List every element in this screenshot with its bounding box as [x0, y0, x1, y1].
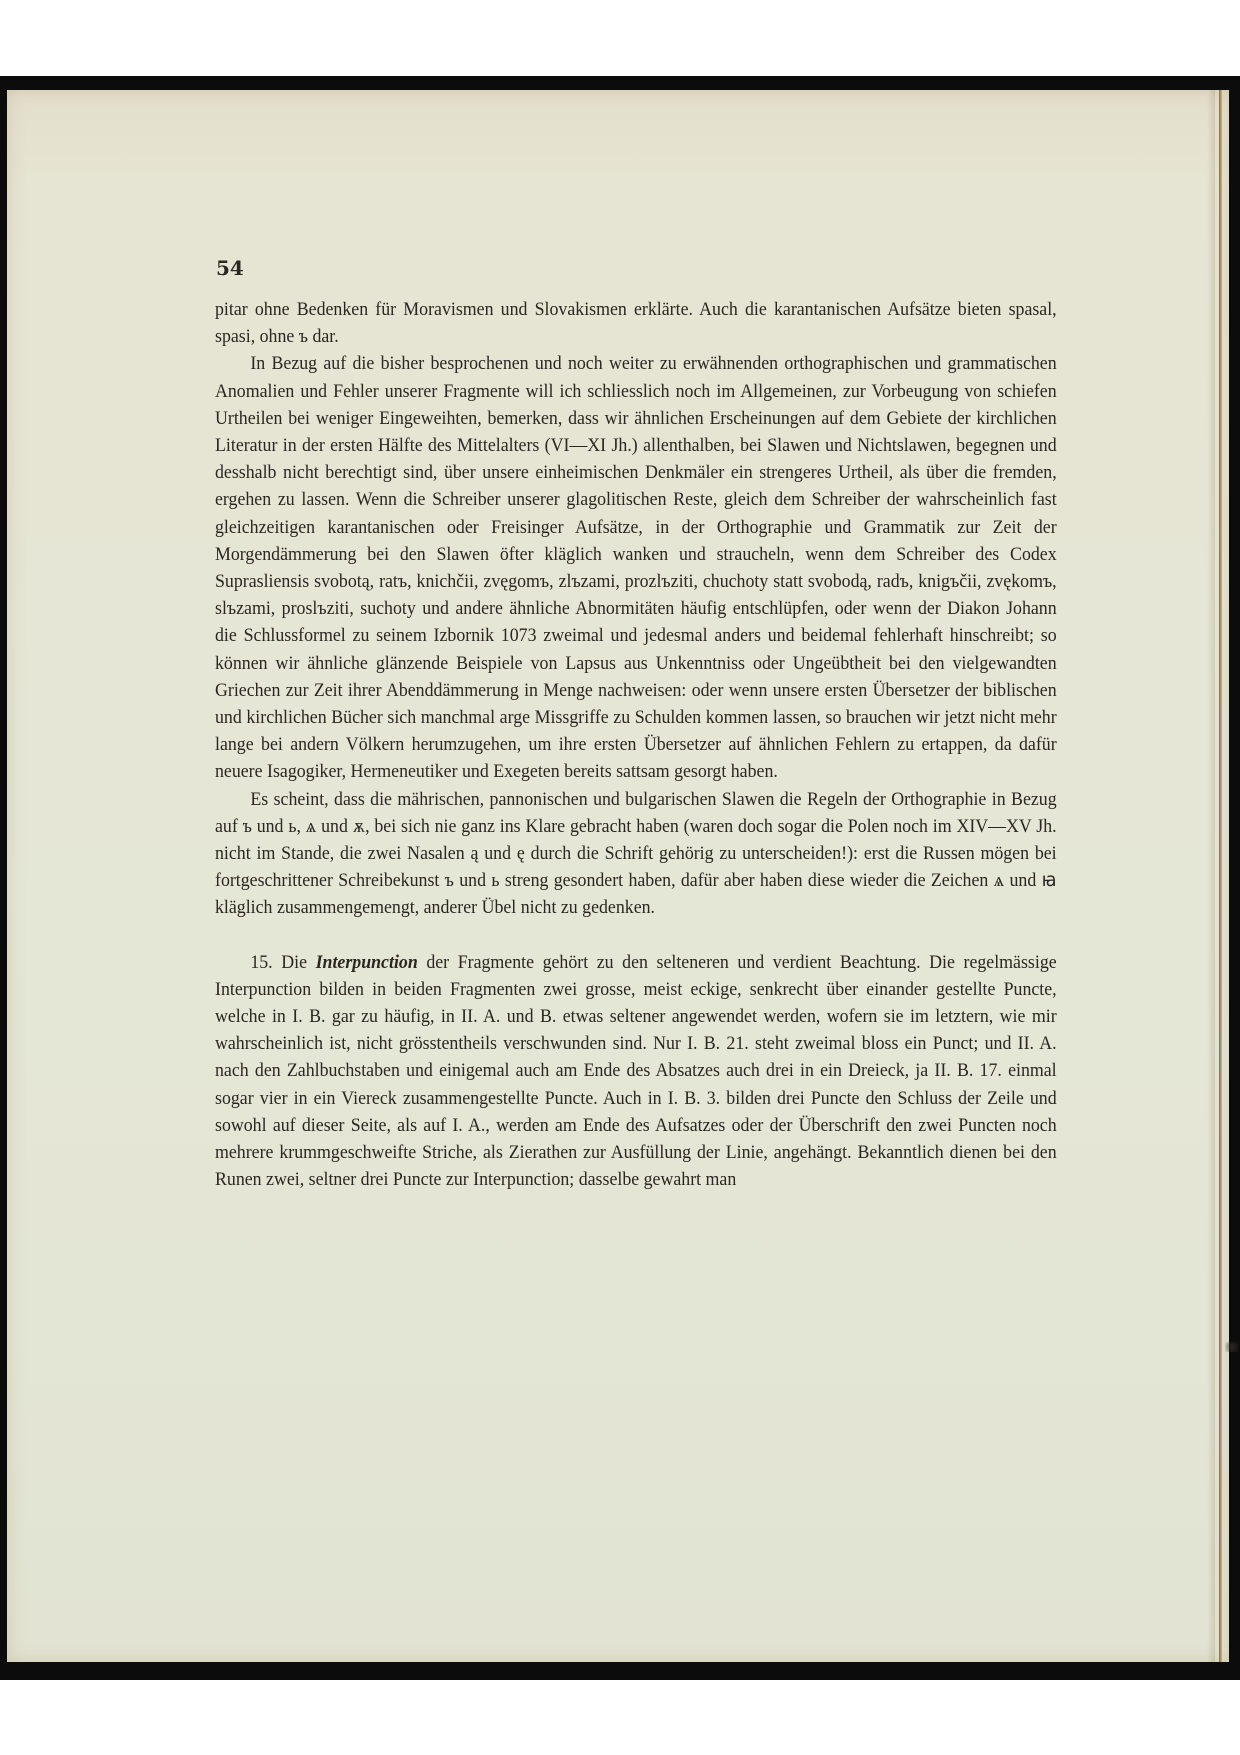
section-emphasis: Interpunction	[316, 952, 418, 973]
paragraph-2: In Bezug auf die bisher besprochenen und…	[215, 350, 1057, 785]
paragraph-3: Es scheint, dass die mährischen, pannoni…	[215, 786, 1057, 922]
body-text: pitar ohne Bedenken für Moravismen und S…	[215, 296, 1057, 1194]
ink-stain	[1225, 1342, 1239, 1352]
section-15-paragraph: 15. Die Interpunction der Fragmente gehö…	[215, 949, 1057, 1194]
section-number: 15.	[250, 952, 272, 973]
page-edge	[1219, 90, 1222, 1662]
page-gutter-shadow	[1207, 90, 1215, 1662]
section-gap	[215, 922, 1057, 949]
section-lead: Die	[281, 952, 307, 973]
paragraph-1: pitar ohne Bedenken für Moravismen und S…	[215, 296, 1057, 350]
page-number: 54	[216, 256, 244, 280]
section-text: der Fragmente gehört zu den selteneren u…	[215, 952, 1057, 1191]
